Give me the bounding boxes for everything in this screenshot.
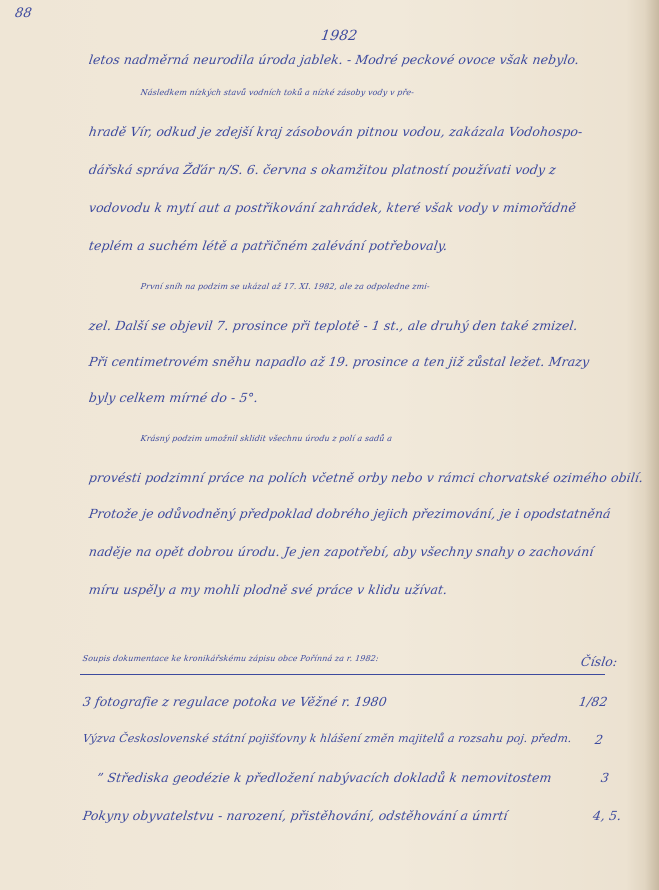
text-line: naděje na opět dobrou úrodu. Je jen zapo… — [88, 544, 650, 559]
chronicle-page: 88 1982 letos nadměrná neurodila úroda j… — [0, 0, 659, 890]
text-line: hradě Vír, odkud je zdejší kraj zásobová… — [88, 124, 650, 139]
item-number: 4, 5. — [592, 808, 622, 823]
text-line: provésti podzimní práce na polích včetně… — [88, 470, 650, 485]
text-line: míru uspěly a my mohli plodně své práce … — [88, 582, 650, 597]
year-heading: 1982 — [320, 28, 358, 44]
text-line: Protože je odůvodněný předpoklad dobrého… — [88, 506, 650, 521]
heading-underline — [80, 674, 605, 675]
item-text: Výzva Československé státní pojišťovny k… — [82, 732, 572, 745]
page-number: 88 — [14, 6, 33, 21]
text-line: Krásný podzim umožnil sklidit všechnu úr… — [140, 434, 659, 443]
text-line: byly celkem mírné do - 5°. — [88, 390, 650, 405]
item-number: 3 — [600, 770, 610, 785]
text-line: teplém a suchém létě a patřičném zaléván… — [88, 238, 650, 253]
text-line: Následkem nízkých stavů vodních toků a n… — [140, 88, 659, 97]
documentation-heading: Soupis dokumentace ke kronikářskému zápi… — [82, 654, 583, 663]
item-number: 2 — [594, 732, 604, 747]
item-number: 1/82 — [578, 694, 609, 709]
text-line: zel. Další se objevil 7. prosince při te… — [88, 318, 650, 333]
number-column-label: Číslo: — [580, 654, 618, 669]
item-text: 3 fotografie z regulace potoka ve Věžné … — [82, 694, 388, 709]
text-line: Při centimetrovém sněhu napadlo až 19. p… — [88, 354, 650, 369]
text-line: vodovodu k mytí aut a postřikování zahrá… — [88, 200, 650, 215]
text-line: První sníh na podzim se ukázal až 17. XI… — [140, 282, 659, 291]
item-text: ” Střediska geodézie k předložení nabýva… — [96, 770, 553, 785]
item-text: Pokyny obyvatelstvu - narození, přistěho… — [82, 808, 509, 823]
text-line: letos nadměrná neurodila úroda jablek. -… — [88, 52, 650, 67]
text-line: dářská správa Žďár n/S. 6. června s okam… — [88, 162, 650, 177]
